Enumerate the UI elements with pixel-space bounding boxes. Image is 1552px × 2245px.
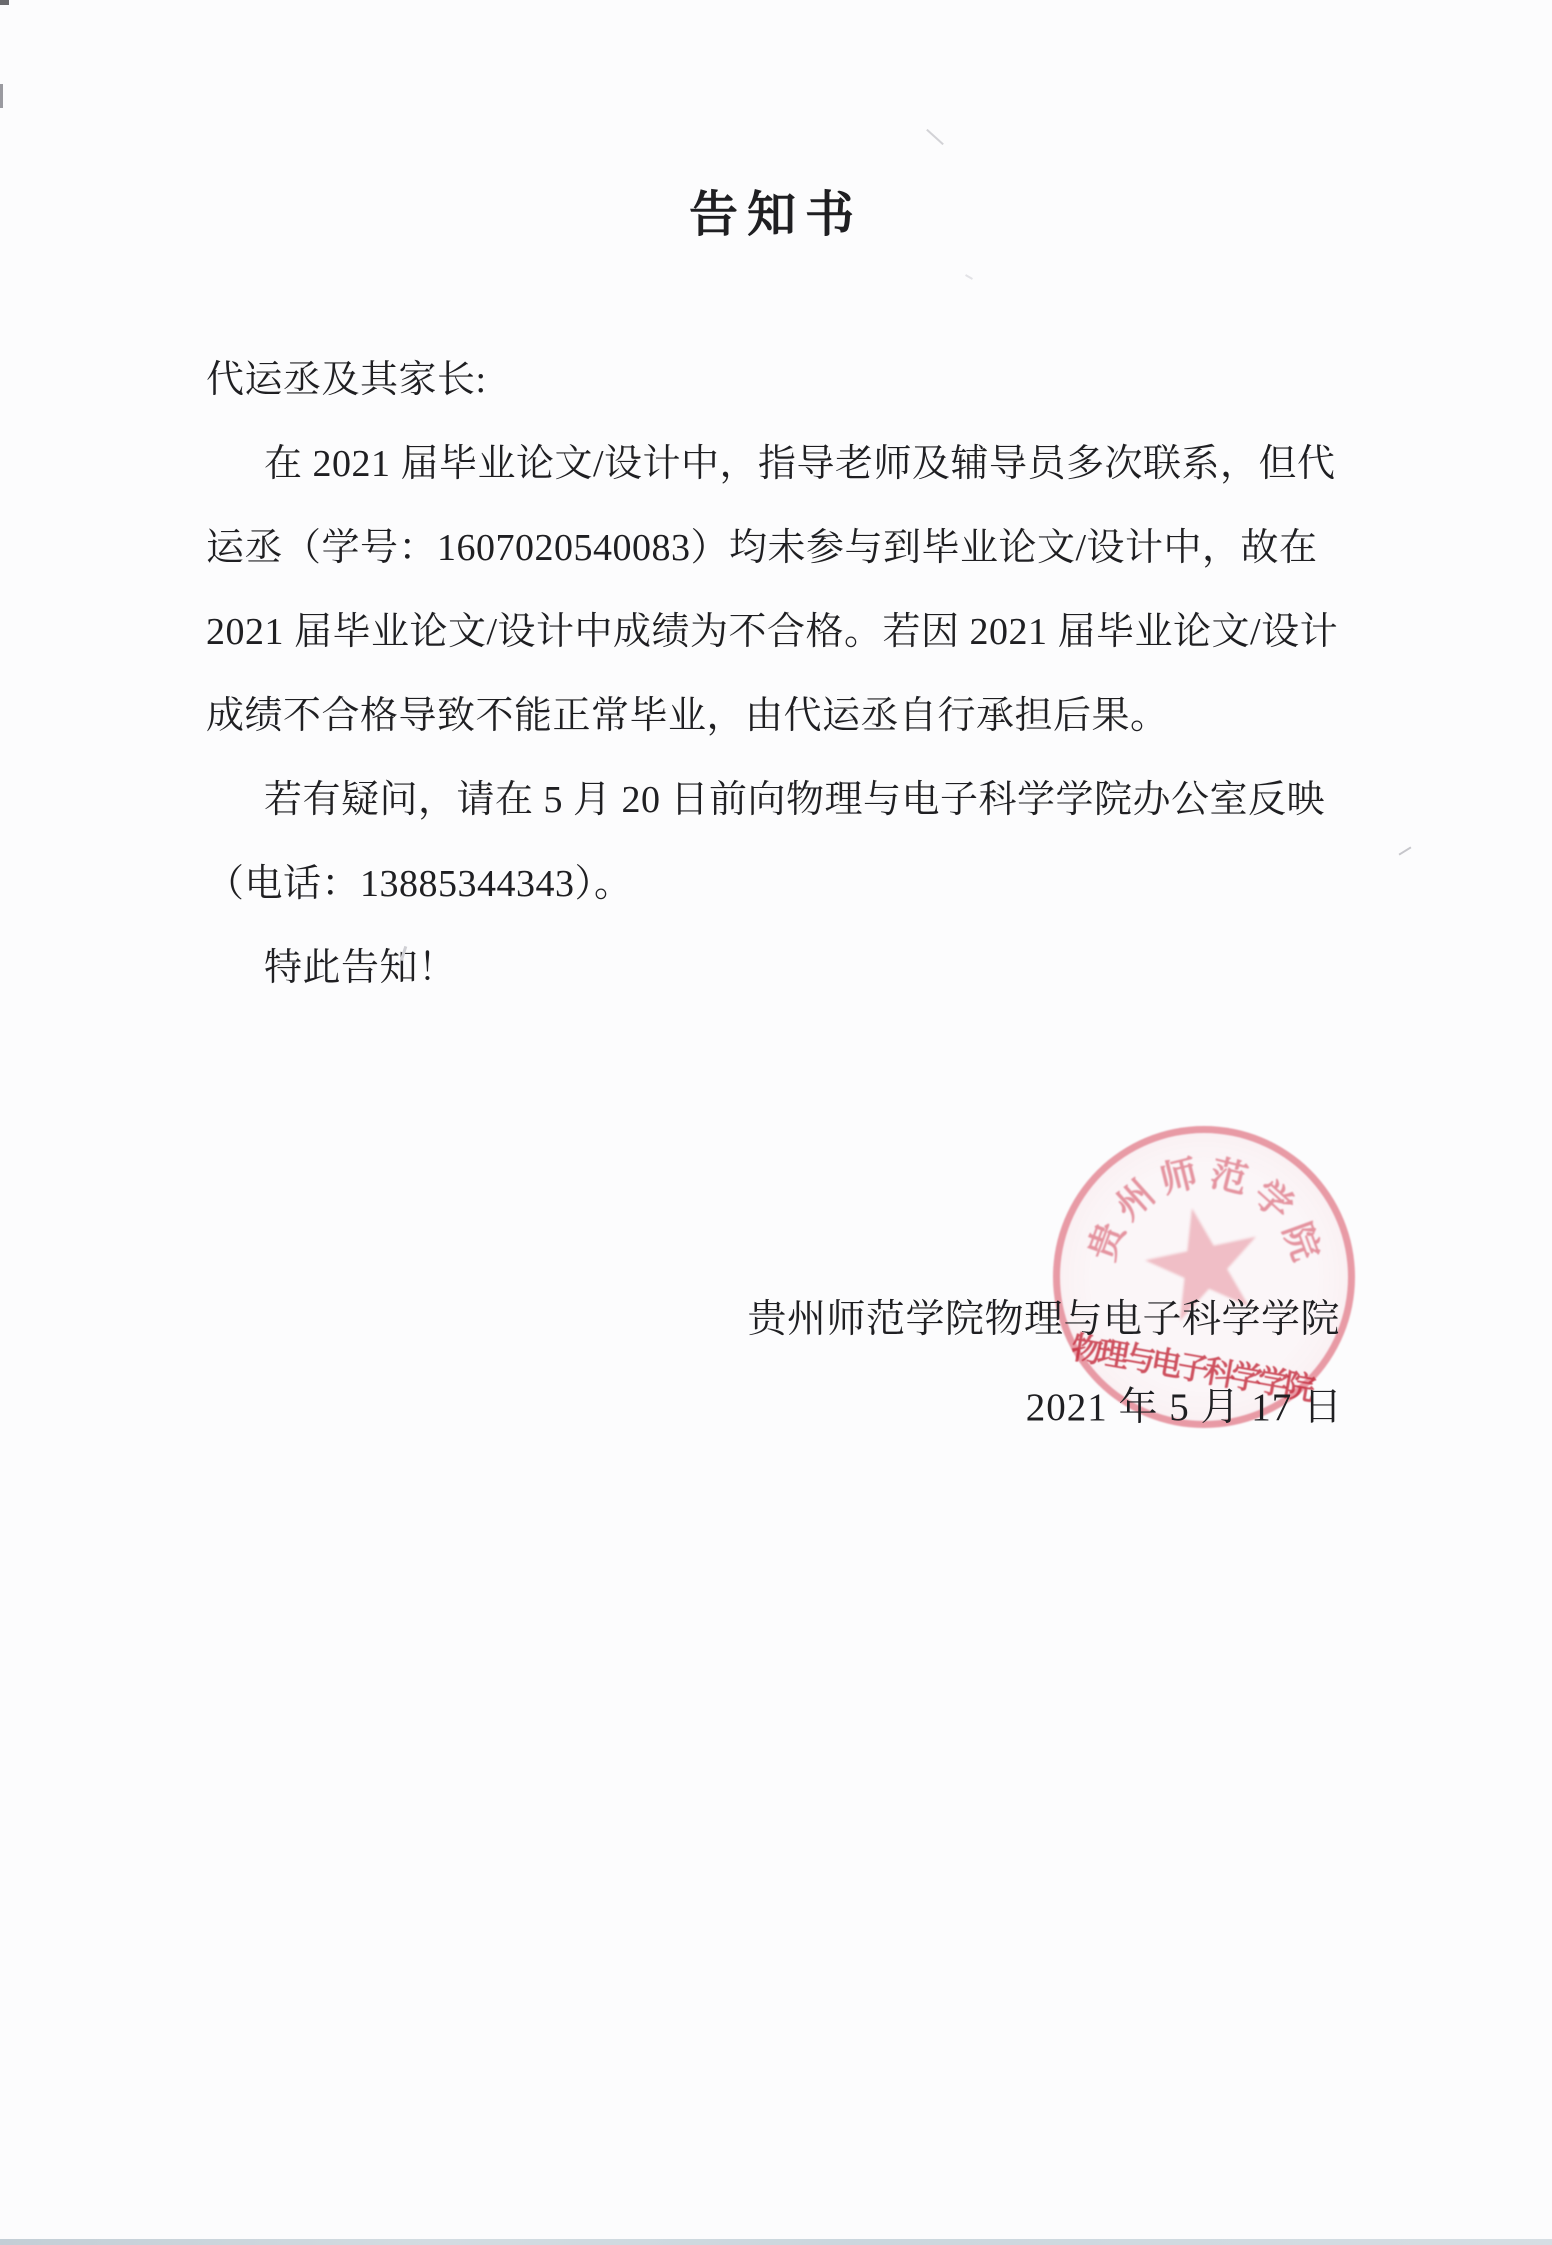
closing-phrase: 特此告知！	[206, 926, 1358, 1010]
paragraph1-line4: 成绩不合格导致不能正常毕业，由代运丞自行承担后果。	[206, 674, 1358, 758]
paragraph2-line1: 若有疑问，请在 5 月 20 日前向物理与电子科学学院办公室反映	[206, 758, 1358, 842]
scan-speck	[926, 129, 944, 145]
stamp-arc-char: 贵	[1072, 1214, 1135, 1267]
scan-edge-left	[0, 84, 3, 108]
scan-bottom-edge	[0, 2239, 1552, 2245]
scan-speck	[965, 274, 973, 280]
paragraph1-line3: 2021 届毕业论文/设计中成绩为不合格。若因 2021 届毕业论文/设计	[206, 590, 1358, 674]
salutation: 代运丞及其家长:	[206, 338, 1358, 422]
letter-body: 代运丞及其家长: 在 2021 届毕业论文/设计中，指导老师及辅导员多次联系，但…	[206, 338, 1358, 1010]
scanned-notice-page: 告知书 代运丞及其家长: 在 2021 届毕业论文/设计中，指导老师及辅导员多次…	[0, 0, 1552, 2245]
signature-line: 贵州师范学院物理与电子科学学院	[747, 1288, 1340, 1344]
stamp-arc-char: 院	[1273, 1214, 1336, 1267]
stamp-arc-char: 范	[1205, 1143, 1254, 1204]
scan-speck	[1399, 846, 1412, 855]
paragraph1-line1: 在 2021 届毕业论文/设计中，指导老师及辅导员多次联系，但代	[206, 422, 1358, 506]
scan-edge-corner	[0, 0, 9, 5]
page-title: 告知书	[0, 176, 1552, 246]
stamp-arc-char: 师	[1154, 1143, 1203, 1204]
paragraph1-line2: 运丞（学号：1607020540083）均未参与到毕业论文/设计中，故在	[206, 506, 1358, 590]
stamp-arc-char: 州	[1101, 1165, 1165, 1230]
stamp-arc-char: 学	[1244, 1165, 1308, 1230]
paragraph2-line2: （电话：13885344343）。	[206, 842, 1358, 926]
date-line: 2021 年 5 月 17 日	[1026, 1376, 1343, 1432]
